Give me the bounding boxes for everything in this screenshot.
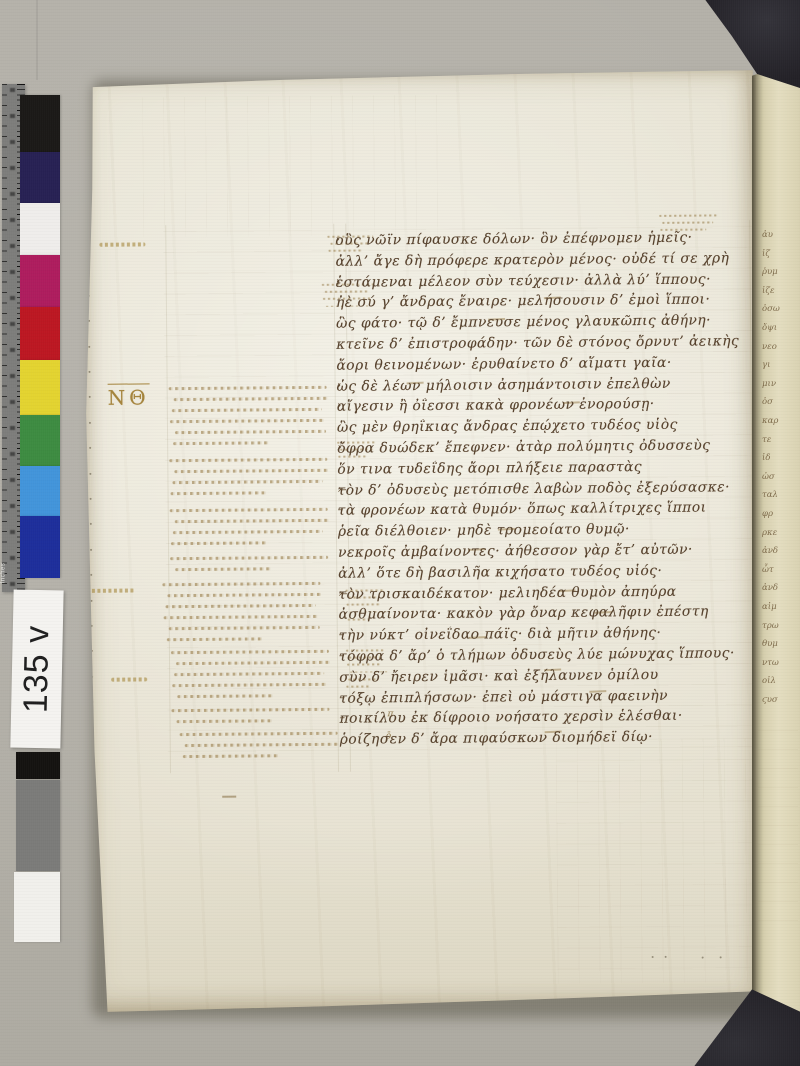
- next-folio-fore-edge: ἀυἰζῥυμἰζεὀσωὄψινεογιμινὀσκαρτεἰδὠσταλφρ…: [752, 70, 800, 1022]
- margin-mark: [99, 242, 145, 246]
- color-swatch-white: [20, 203, 60, 255]
- verse-text: οὓς νῶϊν πίφαυσκε δόλων· ὃν ἐπέφνομεν ἡμ…: [335, 230, 692, 249]
- fore-edge-fragment: ὠσ: [762, 472, 775, 482]
- fore-edge-fragment: ὦτ: [762, 565, 774, 575]
- pricking-dot: [665, 956, 667, 958]
- pricking-dot: [88, 371, 90, 373]
- ruler-inches-label: Inches: [0, 563, 6, 584]
- fore-edge-fragment: αἱμ: [762, 602, 777, 612]
- color-patch-gray: [16, 780, 60, 871]
- color-swatch-red: [20, 307, 60, 360]
- color-patch-black: [16, 752, 60, 779]
- pricking-dot: [88, 345, 90, 347]
- fore-edge-fragment: ἰζε: [762, 286, 775, 296]
- verse-text: τὴν νύκτ’ οἰνεΐδαο πάϊς· διὰ μῆτιν ἀθήνη…: [339, 625, 662, 644]
- verse-text: τὸν τρισκαιδέκατον· μελιηδέα θυμὸν ἀπηύρ…: [338, 583, 676, 602]
- verse-text: ὅν τινα τυδεΐδης ἄορι πλήξειε παραστὰς: [337, 459, 642, 478]
- fore-edge-fragment: οἰλ: [762, 676, 776, 686]
- verse-text: ῥοίζησεν δ’ ἄρα πιφαύσκων διομήδεϊ δίῳ·: [340, 729, 653, 748]
- verse-text: ὡς δὲ λέων μήλοισιν ἀσημάντοισιν ἐπελθὼν: [337, 375, 671, 394]
- fore-edge-fragment: ϛυσ: [762, 695, 778, 705]
- pricking-dot: [88, 269, 90, 271]
- backdrop-seam: [36, 0, 38, 80]
- fore-edge-fragment: ῥυμ: [762, 267, 778, 277]
- fore-edge-fragment: ἰδ: [762, 453, 770, 463]
- color-swatch-azure: [20, 466, 60, 516]
- ruler-ticks-left: [2, 84, 7, 592]
- folio-label-text: 135 v: [17, 625, 58, 714]
- fore-edge-fragment: γι: [762, 360, 770, 370]
- verse-text: κτεῖνε δ’ ἐπιστροφάδην· τῶν δὲ στόνος ὄρ…: [336, 333, 739, 353]
- verse-text: τόφρα δ’ ἄρ’ ὁ τλήμων ὀδυσεὺς λύε μώνυχα…: [339, 645, 735, 664]
- color-swatch-yellow: [20, 360, 60, 415]
- verse-text: τὰ φρονέων κατὰ θυμόν· ὅπως καλλίτριχες …: [338, 500, 707, 519]
- verse-text: ἀσθμαίνοντα· κακὸν γὰρ ὄναρ κεφαλῆφιν ἐπ…: [339, 604, 709, 623]
- color-swatch-blue: [20, 516, 60, 578]
- verse-text: νεκροῖς ἀμβαίνοντες· ἀήθεσσον γὰρ ἔτ’ αὐ…: [338, 542, 693, 561]
- fore-edge-fragment: ὀσω: [762, 304, 780, 314]
- verse-text: σὺν δ’ ἤειρεν ἱμᾶσι· καὶ ἐξήλαυνεν ὁμίλο…: [339, 667, 659, 686]
- fore-edge-fragment: ὄψι: [762, 323, 777, 333]
- pricking-dot: [90, 498, 92, 500]
- pricking-dot: [87, 244, 89, 246]
- fore-edge-fragment: νεο: [762, 342, 777, 352]
- verse-text: τὸν δ’ ὀδυσεὺς μετόπισθε λαβὼν ποδὸς ἐξε…: [337, 479, 730, 498]
- pricking-dot: [90, 549, 92, 551]
- verse-text: τόξῳ ἐπιπλήσσων· ἐπεὶ οὐ μάστιγα φαεινὴν: [339, 687, 668, 706]
- verse-text: ὣς μὲν θρηΐκιας ἄνδρας ἐπῴχετο τυδέος υἱ…: [337, 417, 678, 436]
- verse-text: ῥεῖα διέλθοιεν· μηδὲ τρομεοίατο θυμῷ·: [338, 521, 630, 540]
- verse-text: ποικίλου ἐκ δίφροιο νοήσατο χερσὶν ἑλέσθ…: [339, 708, 682, 727]
- ruler-numerals: [10, 88, 15, 592]
- verse-text: ὣς φάτο· τῷ δ’ ἔμπνευσε μένος γλαυκῶπις …: [336, 313, 711, 332]
- fore-edge-fragment: φρ: [762, 509, 773, 519]
- scholia-end-dash: [222, 796, 236, 798]
- fore-edge-fragment: ταλ: [762, 490, 778, 500]
- ruling-grid-bottom-right: [556, 738, 760, 984]
- color-patch-white: [14, 872, 60, 942]
- manuscript-photo: ΝΘ ›οὓς νῶϊν πίφαυσκε δόλων· ὃν ἐπέφνομε…: [0, 0, 800, 1066]
- fore-edge-fragment: ἀυ: [762, 230, 773, 240]
- fore-edge-fragment: ἰζ: [762, 249, 770, 259]
- pricking-dot: [89, 472, 91, 474]
- margin-mark: [111, 677, 147, 681]
- verse-text: ἠὲ σύ γ’ ἄνδρας ἔναιρε· μελήσουσιν δ’ ἐμ…: [336, 292, 711, 311]
- parchment-page: ΝΘ ›οὓς νῶϊν πίφαυσκε δόλων· ὃν ἐπέφνομε…: [82, 70, 761, 1014]
- margin-mark: [86, 589, 134, 593]
- fore-edge-fragment: ντω: [762, 658, 779, 668]
- pricking-dot: [88, 295, 90, 297]
- verse-text: ἑστάμεναι μέλεον σὺν τεύχεσιν· ἀλλὰ λύ’ …: [336, 271, 711, 290]
- verse-text: ἄορι θεινομένων· ἐρυθαίνετο δ’ αἵματι γα…: [336, 355, 671, 374]
- fore-edge-fragment: ρκε: [762, 528, 777, 538]
- fore-edge-fragment: καρ: [762, 416, 778, 426]
- color-swatch-magenta: [20, 255, 60, 307]
- pricking-dot: [91, 625, 93, 627]
- fore-edge-fragment: ἀνδ: [762, 546, 778, 556]
- verse-text: αἴγεσιν ἢ ὀΐεσσι κακὰ φρονέων ἐνορούσῃ·: [337, 396, 655, 415]
- verse-text: ὄφρα δυώδεκ’ ἔπεφνεν· ἀτὰρ πολύμητις ὀδυ…: [337, 437, 710, 456]
- pricking-dot: [720, 956, 722, 958]
- fore-edge-fragment: τε: [762, 435, 771, 445]
- verse-text: ἀλλ’ ἄγε δὴ πρόφερε κρατερὸν μένος· οὐδέ…: [335, 250, 729, 269]
- color-swatch-indigo: [20, 152, 60, 203]
- fore-edge-fragment: τρω: [762, 621, 779, 631]
- fore-edge-fragment: μιν: [762, 379, 776, 389]
- ruling-lines-vertical-top: [142, 95, 453, 238]
- main-text-line: ῥοίζησεν δ’ ἄρα πιφαύσκων διομήδεϊ δίῳ·: [340, 728, 756, 752]
- pricking-dot: [702, 957, 704, 959]
- folio-label: 135 v: [10, 589, 63, 748]
- pricking-dot: [90, 599, 92, 601]
- color-swatch-green: [20, 415, 60, 466]
- main-text-block: ›οὓς νῶϊν πίφαυσκε δόλων· ὃν ἐπέφνομεν ἡ…: [335, 229, 760, 753]
- verse-text: ἀλλ’ ὅτε δὴ βασιλῆα κιχήσατο τυδέος υἱός…: [338, 563, 662, 582]
- pricking-dot: [89, 422, 91, 424]
- fore-edge-ruling: [758, 730, 798, 930]
- pricking-dot: [652, 956, 654, 958]
- fore-edge-fragment: θυμ: [762, 639, 778, 649]
- fore-edge-fragment: ὀσ: [762, 397, 773, 407]
- color-swatch-black: [20, 95, 60, 152]
- fore-edge-fragment: ἀνδ: [762, 583, 778, 593]
